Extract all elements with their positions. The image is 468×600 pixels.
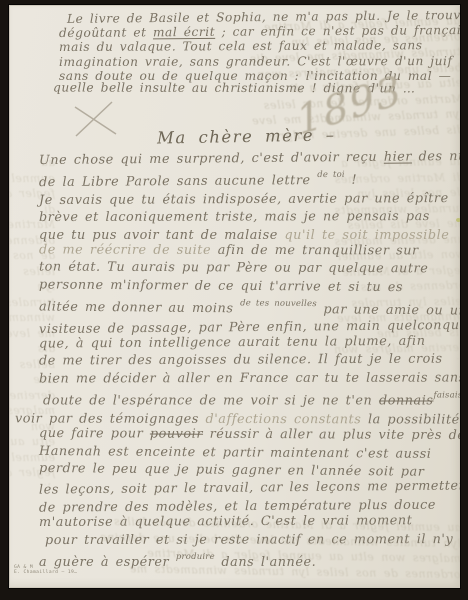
letter-line: bien me décider à aller en France car tu… [39, 369, 460, 387]
letter-line: Je savais que tu étais indisposée, avert… [39, 190, 460, 210]
letter-line: ton état. Tu aurais pu par Père ou par q… [39, 259, 460, 279]
letter-line: m'autorise à quelque activité. C'est le … [39, 512, 460, 532]
letter-line: de me réécrire de suite afin de me tranq… [39, 242, 460, 260]
x-mark [71, 99, 119, 139]
letter-line: que faire pour pouvoir réussir à aller a… [39, 425, 460, 445]
letter-salutation: Ma chère mère – [157, 125, 336, 147]
letter-page: au eumnel fegler a di Martine ordennes d… [9, 5, 460, 588]
letter-line: imagination vraie, sans grandeur. C'est … [59, 54, 460, 69]
letter-line: brève et laconiquement triste, mais je n… [39, 208, 460, 226]
archive-stamp-line: E. Chamaillard — 19… [14, 570, 77, 575]
letter-line: a guère à espérer produire dans l'année. [39, 549, 460, 571]
letter-line: de la Libre Parole sans aucune lettre de… [39, 166, 460, 192]
letter-line: de me tirer des angoisses du silence. Il… [39, 351, 460, 371]
letter-line: alitée me donner au moins de tes nouvell… [39, 294, 460, 321]
photo-background: au eumnel fegler a di Martine ordennes d… [0, 0, 468, 600]
letter-line: mais du valaque. Tout cela est faux et m… [59, 38, 460, 54]
letter-line: doute de l'espérance de me voir si je ne… [43, 388, 460, 410]
archive-stamp: GA & M E. Chamaillard — 19… [14, 565, 77, 576]
letter-body: Une chose qui me surprend, c'est d'avoir… [39, 151, 460, 571]
letter-line: pour travailler et si je reste inactif e… [45, 530, 460, 548]
